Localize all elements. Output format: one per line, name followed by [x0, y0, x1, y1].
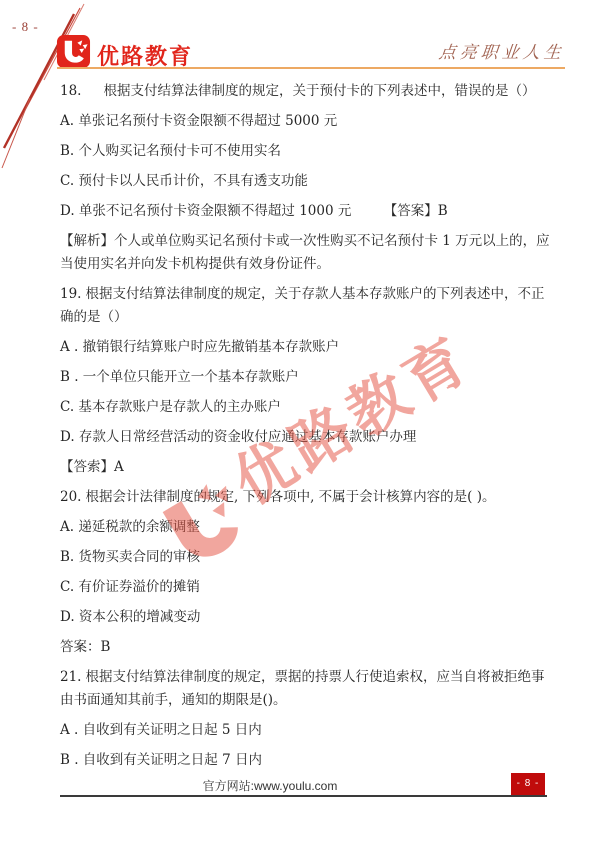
question-text: 根据支付结算法律制度的规定，关于存款人基本存款账户的下列表述中，不正确的是（） [60, 286, 544, 325]
page-number-bottom: - 8 - [511, 773, 545, 795]
option: D. 存款人日常经营活动的资金收付应通过基本存款账户办理 [60, 426, 550, 449]
question-stem: 19.根据支付结算法律制度的规定，关于存款人基本存款账户的下列表述中，不正确的是… [60, 283, 550, 329]
option: B. 货物买卖合同的审核 [60, 546, 550, 569]
question-number: 20. [60, 489, 81, 505]
question-number: 21. [60, 669, 81, 685]
question-number: 18. [60, 83, 81, 99]
document-page: - 8 - 优路教育 点亮职业人生 18.根据支付结算法律制度的规定，关于预付卡… [0, 0, 600, 849]
question-text: 根据支付结算法律制度的规定，关于预付卡的下列表述中，错误的是（） [103, 83, 535, 99]
option: A . 自收到有关证明之日起 5 日内 [60, 719, 550, 742]
option: B. 个人购买记名预付卡可不使用实名 [60, 140, 550, 163]
page-number-top: - 8 - [12, 19, 39, 35]
answer-label: 【答索】A [60, 456, 550, 479]
question-stem: 18.根据支付结算法律制度的规定，关于预付卡的下列表述中，错误的是（） [60, 80, 550, 103]
answer-label: 答案：B [60, 636, 550, 659]
option: B . 自收到有关证明之日起 7 日内 [60, 749, 550, 772]
question-stem: 20.根据会计法律制度的规定, 下列各项中, 不属于会计核算内容的是( )。 [60, 486, 550, 509]
option: D. 资本公积的增减变动 [60, 606, 550, 629]
option: C. 基本存款账户是存款人的主办账户 [60, 396, 550, 419]
header-divider [57, 67, 565, 69]
youlu-logo-icon [56, 34, 91, 69]
option: C. 有价证券溢价的摊销 [60, 576, 550, 599]
footer-divider [60, 795, 547, 797]
option: A. 单张记名预付卡资金限额不得超过 5000 元 [60, 110, 550, 133]
option: B . 一个单位只能开立一个基本存款账户 [60, 366, 550, 389]
footer-website: 官方网站:www.youlu.com [0, 777, 540, 794]
option-with-answer: D. 单张不记名预付卡资金限额不得超过 1000 元【答案】B [60, 200, 550, 223]
option: A. 递延税款的余额调整 [60, 516, 550, 539]
header-tagline: 点亮职业人生 [438, 38, 567, 63]
option: A . 撤销银行结算账户时应先撤销基本存款账户 [60, 336, 550, 359]
option-text: D. 单张不记名预付卡资金限额不得超过 1000 元 [60, 203, 351, 219]
question-stem: 21.根据支付结算法律制度的规定，票据的持票人行使追索权，应当自将被拒绝事由书面… [60, 666, 550, 712]
question-content: 18.根据支付结算法律制度的规定，关于预付卡的下列表述中，错误的是（） A. 单… [60, 80, 550, 779]
option: C. 预付卡以人民币计价，不具有透支功能 [60, 170, 550, 193]
analysis-text: 【解析】个人或单位购买记名预付卡或一次性购买不记名预付卡 1 万元以上的，应当使… [60, 230, 550, 276]
question-text: 根据会计法律制度的规定, 下列各项中, 不属于会计核算内容的是( )。 [85, 489, 495, 505]
answer-label: 【答案】B [384, 203, 448, 219]
question-text: 根据支付结算法律制度的规定，票据的持票人行使追索权，应当自将被拒绝事由书面通知其… [60, 669, 544, 708]
question-number: 19. [60, 286, 81, 302]
